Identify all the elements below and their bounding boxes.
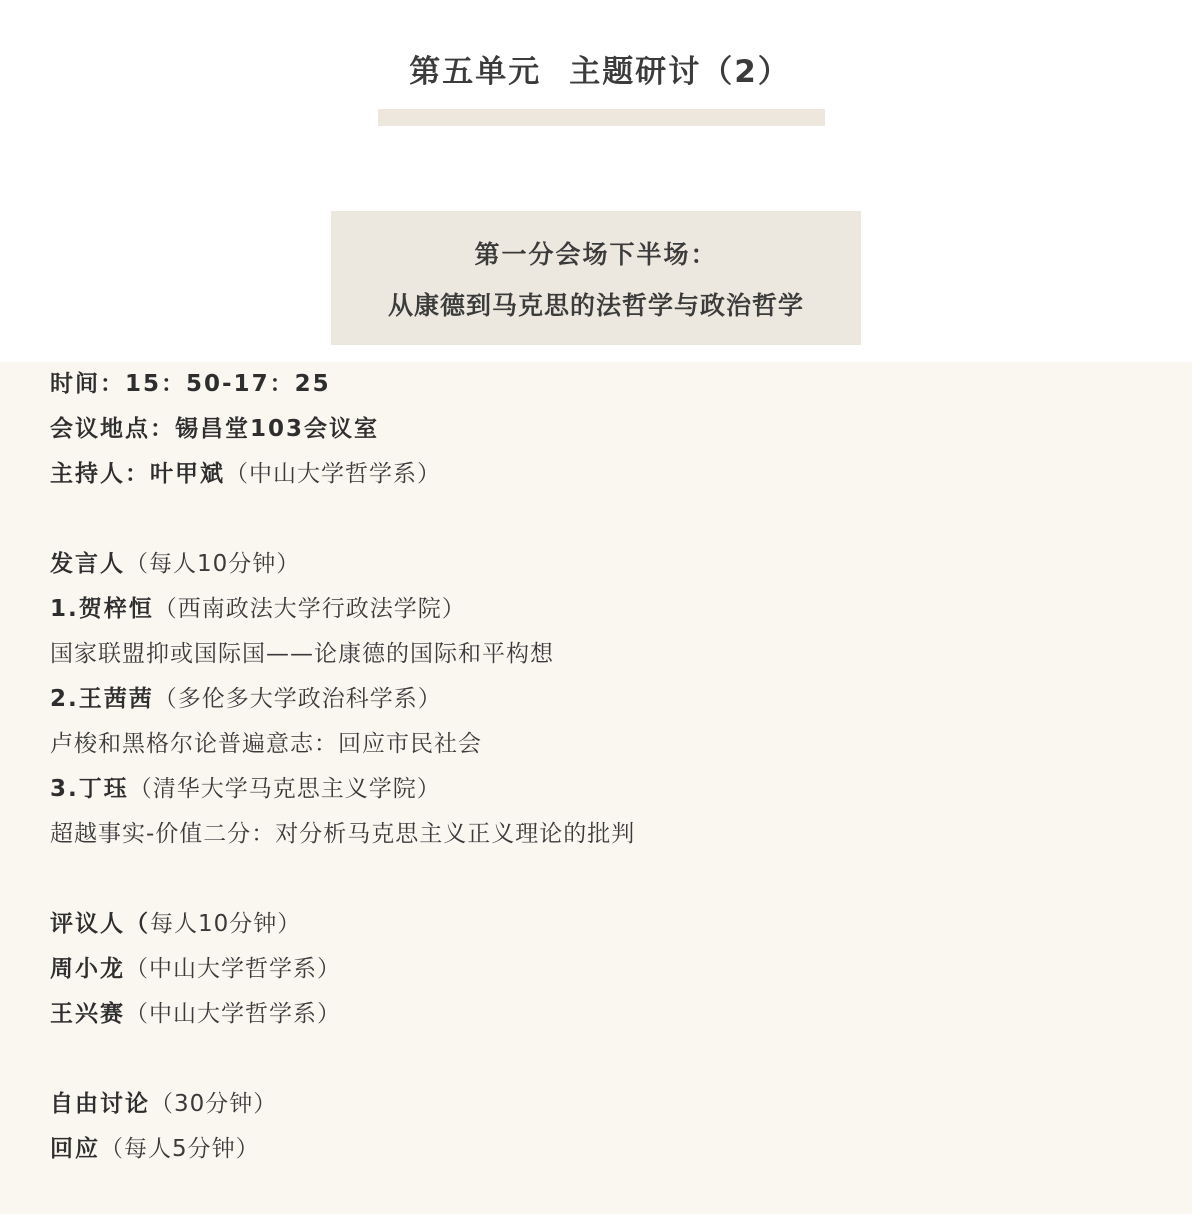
host-label: 主持人： (50, 461, 150, 487)
spacer (50, 857, 1150, 902)
talk-title: 卢梭和黑格尔论普遍意志：回应市民社会 (50, 722, 1150, 767)
spacer (50, 1037, 1150, 1082)
speaker-row: 1.贺梓恒（西南政法大学行政法学院） (50, 587, 1150, 632)
time-row: 时间：15：50-17：25 (50, 362, 1150, 407)
response-note: （每人5分钟） (100, 1136, 260, 1162)
unit-topic: 主题研讨（2） (569, 54, 791, 90)
response-row: 回应（每人5分钟） (50, 1127, 1150, 1172)
discussion-note: （30分钟） (150, 1091, 277, 1117)
host-row: 主持人：叶甲斌（中山大学哲学系） (50, 452, 1150, 497)
talk-title: 超越事实-价值二分：对分析马克思主义正义理论的批判 (50, 812, 1150, 857)
speakers-heading: 发言人（每人10分钟） (50, 542, 1150, 587)
speaker-name: 3.丁珏 (50, 776, 129, 802)
response-label: 回应 (50, 1136, 100, 1162)
commentator-row: 王兴赛（中山大学哲学系） (50, 992, 1150, 1037)
speaker-row: 3.丁珏（清华大学马克思主义学院） (50, 767, 1150, 812)
discussion-label: 自由讨论 (50, 1091, 150, 1117)
host-affiliation: （中山大学哲学系） (225, 461, 441, 487)
commentators-note: 每人10分钟） (150, 911, 301, 937)
speaker-name: 1.贺梓恒 (50, 596, 154, 622)
spacer (50, 497, 1150, 542)
title-underline-bar (378, 109, 825, 126)
location-value: 锡昌堂103会议室 (175, 416, 379, 442)
speakers-note: （每人10分钟） (125, 551, 300, 577)
location-row: 会议地点：锡昌堂103会议室 (50, 407, 1150, 452)
schedule-content: 时间：15：50-17：25 会议地点：锡昌堂103会议室 主持人：叶甲斌（中山… (50, 362, 1150, 1172)
time-label: 时间： (50, 371, 125, 397)
session-title: 从康德到马克思的法哲学与政治哲学 (331, 289, 861, 323)
commentators-label: 评议人（ (50, 911, 150, 937)
commentators-heading: 评议人（每人10分钟） (50, 902, 1150, 947)
session-heading-box: 第一分会场下半场： 从康德到马克思的法哲学与政治哲学 (331, 211, 861, 345)
unit-number: 第五单元 (409, 54, 541, 90)
speaker-name: 2.王茜茜 (50, 686, 154, 712)
discussion-row: 自由讨论（30分钟） (50, 1082, 1150, 1127)
commentator-affiliation: （中山大学哲学系） (125, 1001, 341, 1027)
commentator-name: 周小龙 (50, 956, 125, 982)
time-value: 15：50-17：25 (125, 371, 331, 397)
unit-title: 第五单元主题研讨（2） (0, 50, 1200, 94)
speaker-affiliation: （清华大学马克思主义学院） (129, 776, 441, 802)
speaker-affiliation: （多伦多大学政治科学系） (154, 686, 442, 712)
speakers-label: 发言人 (50, 551, 125, 577)
commentator-row: 周小龙（中山大学哲学系） (50, 947, 1150, 992)
speaker-affiliation: （西南政法大学行政法学院） (154, 596, 466, 622)
commentator-name: 王兴赛 (50, 1001, 125, 1027)
host-name: 叶甲斌 (150, 461, 225, 487)
location-label: 会议地点： (50, 416, 175, 442)
talk-title: 国家联盟抑或国际国——论康德的国际和平构想 (50, 632, 1150, 677)
speaker-row: 2.王茜茜（多伦多大学政治科学系） (50, 677, 1150, 722)
session-subtitle: 第一分会场下半场： (331, 238, 861, 272)
commentator-affiliation: （中山大学哲学系） (125, 956, 341, 982)
